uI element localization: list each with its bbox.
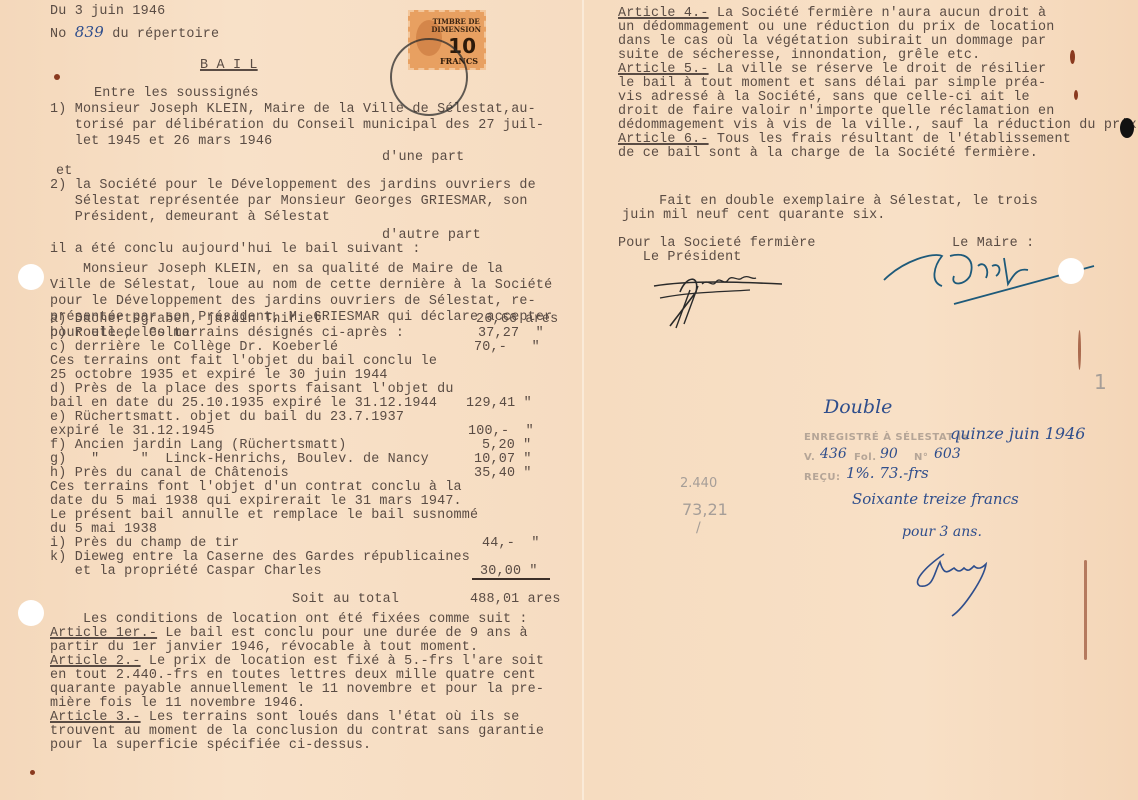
parcel-h-area: 35,40 " [474, 466, 532, 482]
registration-number-label: N° [914, 452, 928, 463]
pencil-note-2: 73,21 [682, 500, 728, 519]
intro-text: Entre les soussignés [94, 86, 259, 102]
registration-amount-words: Soixante treize francs [852, 490, 1019, 508]
total-rule [472, 578, 550, 580]
ink-blot [1120, 118, 1134, 138]
party2-line-2: Sélestat représentée par Monsieur George… [50, 194, 528, 210]
party1-line-3: let 1945 et 26 mars 1946 [50, 134, 272, 150]
registration-volume-label: V. [804, 452, 815, 463]
signatory-left-2: Le Président [618, 250, 742, 266]
total-value: 488,01 ares [470, 592, 561, 608]
registration-volume: 436 [820, 446, 847, 462]
handwritten-double: Double [824, 396, 892, 418]
total-label: Soit au total [292, 592, 399, 608]
president-signature [650, 266, 790, 336]
party1-tag: d'une part [382, 150, 464, 166]
registrar-signature [904, 548, 1024, 618]
date-line: Du 3 juin 1946 [50, 4, 165, 20]
party1-line-1: 1) Monsieur Joseph KLEIN, Maire de la Vi… [50, 102, 536, 118]
punch-hole-bottom-left [18, 600, 44, 626]
rust-stain [1074, 90, 1078, 100]
party1-line-2: torisé par délibération du Conseil munic… [50, 118, 544, 134]
document-title: B A I L [200, 58, 258, 74]
rust-stain [1078, 330, 1081, 370]
parcel-i-area: 44,- " [482, 536, 540, 552]
registration-date: quinze juin 1946 [950, 424, 1085, 443]
left-page: Du 3 juin 1946 No 839 du répertoire B A … [0, 0, 584, 800]
ink-spot [54, 74, 60, 80]
party2-line-3: Président, demeurant à Sélestat [50, 210, 330, 226]
repertoire-line: No 839 du répertoire [50, 24, 219, 43]
parcel-k-cont: et la propriété Caspar Charles [50, 564, 322, 580]
body-line-3: pour le Développement des jardins ouvrie… [50, 294, 536, 310]
closing-line-2: juin mil neuf cent quarante six. [622, 208, 886, 224]
article-6-line-2: de ce bail sont à la charge de la Sociét… [618, 146, 1038, 162]
pencil-note-1: 2.440 [680, 476, 717, 491]
repertoire-number: 839 [75, 23, 104, 41]
parcel-c-area: 70,- " [474, 340, 540, 356]
registration-folio-label: Fol. [854, 452, 877, 463]
maire-signature [884, 246, 1124, 316]
registration-postmark [390, 38, 468, 116]
registration-number: 603 [934, 446, 961, 462]
concluded-text: il a été conclu aujourd'hui le bail suiv… [50, 242, 421, 258]
margin-pencil-mark: 1 [1094, 370, 1107, 394]
right-page: Article 4.- La Société fermière n'aura a… [584, 0, 1138, 800]
registration-received-label: REÇU: [804, 472, 841, 483]
ink-spot [30, 770, 35, 775]
parcel-d-area: 129,41 " [466, 396, 532, 412]
punch-hole-top-left [18, 264, 44, 290]
registration-duration: pour 3 ans. [902, 524, 982, 540]
punch-hole-right [1058, 258, 1084, 284]
article-3-line-3: pour la superficie spécifiée ci-dessus. [50, 738, 371, 754]
body-line-2: Ville de Sélestat, loue au nom de cette … [50, 278, 552, 294]
registration-stamp-line1: ENREGISTRÉ À SÉLESTAT le [804, 432, 969, 443]
registration-folio: 90 [880, 446, 898, 462]
pencil-note-3: / [696, 520, 701, 536]
rust-stain [1084, 560, 1087, 660]
registration-received-amount: 1%. 73.-frs [846, 464, 929, 482]
rust-stain [1070, 50, 1075, 64]
body-line-1: Monsieur Joseph KLEIN, en sa qualité de … [50, 262, 503, 278]
party2-line-1: 2) la Société pour le Développement des … [50, 178, 536, 194]
